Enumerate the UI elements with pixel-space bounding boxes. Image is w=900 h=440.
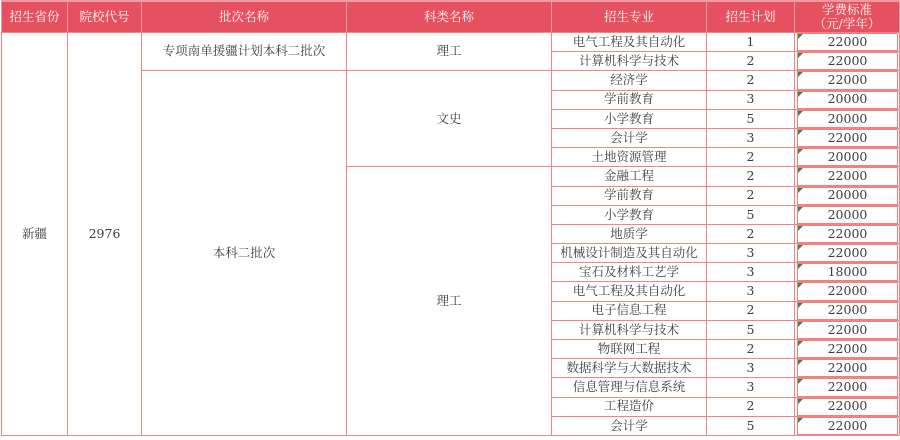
header-fee-line1: 学费标准 bbox=[795, 3, 899, 17]
tuition-cell: 22000 bbox=[795, 301, 900, 320]
header-category: 科类名称 bbox=[347, 1, 552, 33]
tuition-value: 22000 bbox=[828, 228, 868, 241]
category-cell: 文史 bbox=[347, 71, 552, 167]
major-cell: 会计学 bbox=[552, 416, 707, 435]
major-cell: 经济学 bbox=[552, 71, 707, 90]
plan-cell: 2 bbox=[707, 52, 795, 71]
header-major: 招生专业 bbox=[552, 1, 707, 33]
tuition-cell: 22000 bbox=[795, 340, 900, 359]
plan-cell: 3 bbox=[707, 263, 795, 282]
plan-cell: 3 bbox=[707, 378, 795, 397]
tuition-cell: 18000 bbox=[795, 263, 900, 282]
tuition-cell-box: 22000 bbox=[797, 33, 898, 51]
major-cell: 电气工程及其自动化 bbox=[552, 33, 707, 52]
tuition-cell-box: 20000 bbox=[797, 148, 898, 166]
tuition-value: 20000 bbox=[828, 189, 868, 202]
tuition-cell: 20000 bbox=[795, 148, 900, 167]
tuition-value: 18000 bbox=[828, 266, 868, 279]
tuition-cell-box: 22000 bbox=[797, 321, 898, 339]
tuition-cell-box: 22000 bbox=[797, 244, 898, 262]
major-cell: 机械设计制造及其自动化 bbox=[552, 244, 707, 263]
green-corner-triangle-icon bbox=[798, 188, 803, 193]
tuition-value: 22000 bbox=[828, 170, 868, 183]
tuition-cell: 22000 bbox=[795, 282, 900, 301]
tuition-cell-box: 20000 bbox=[797, 91, 898, 109]
tuition-value: 22000 bbox=[828, 285, 868, 298]
tuition-value: 22000 bbox=[828, 381, 868, 394]
tuition-cell-box: 22000 bbox=[797, 302, 898, 320]
green-corner-triangle-icon bbox=[798, 418, 803, 423]
plan-cell: 5 bbox=[707, 109, 795, 128]
tuition-value: 22000 bbox=[828, 132, 868, 145]
table-header: 招生省份 院校代号 批次名称 科类名称 招生专业 招生计划 学费标准 （元/学年… bbox=[2, 1, 900, 33]
green-corner-triangle-icon bbox=[798, 264, 803, 269]
major-cell: 小学教育 bbox=[552, 109, 707, 128]
tuition-value: 20000 bbox=[828, 209, 868, 222]
green-corner-triangle-icon bbox=[798, 207, 803, 212]
plan-cell: 3 bbox=[707, 128, 795, 147]
green-corner-triangle-icon bbox=[798, 303, 803, 308]
tuition-value: 20000 bbox=[828, 151, 868, 164]
tuition-cell-box: 22000 bbox=[797, 417, 898, 435]
major-cell: 电子信息工程 bbox=[552, 301, 707, 320]
batch-cell: 本科二批次 bbox=[142, 71, 347, 436]
major-cell: 计算机科学与技术 bbox=[552, 52, 707, 71]
green-corner-triangle-icon bbox=[798, 322, 803, 327]
major-cell: 信息管理与信息系统 bbox=[552, 378, 707, 397]
table-body: 新疆2976专项南单援疆计划本科二批次理工电气工程及其自动化122000计算机科… bbox=[2, 33, 900, 436]
tuition-value: 22000 bbox=[828, 304, 868, 317]
tuition-cell-box: 22000 bbox=[797, 225, 898, 243]
tuition-cell: 22000 bbox=[795, 167, 900, 186]
major-cell: 会计学 bbox=[552, 128, 707, 147]
tuition-value: 22000 bbox=[828, 247, 868, 260]
tuition-cell: 22000 bbox=[795, 128, 900, 147]
tuition-value: 22000 bbox=[828, 400, 868, 413]
plan-cell: 2 bbox=[707, 167, 795, 186]
plan-cell: 2 bbox=[707, 186, 795, 205]
tuition-cell: 22000 bbox=[795, 397, 900, 416]
tuition-cell: 22000 bbox=[795, 224, 900, 243]
admissions-table-page: 招生省份 院校代号 批次名称 科类名称 招生专业 招生计划 学费标准 （元/学年… bbox=[0, 0, 900, 440]
major-cell: 地质学 bbox=[552, 224, 707, 243]
tuition-value: 22000 bbox=[828, 420, 868, 433]
tuition-value: 20000 bbox=[828, 113, 868, 126]
tuition-cell: 22000 bbox=[795, 33, 900, 52]
tuition-cell-box: 22000 bbox=[797, 282, 898, 300]
tuition-value: 22000 bbox=[828, 343, 868, 356]
plan-cell: 3 bbox=[707, 359, 795, 378]
green-corner-triangle-icon bbox=[798, 34, 803, 39]
green-corner-triangle-icon bbox=[798, 168, 803, 173]
tuition-cell: 22000 bbox=[795, 359, 900, 378]
header-fee: 学费标准 （元/学年） bbox=[795, 1, 900, 33]
category-cell: 理工 bbox=[347, 33, 552, 71]
tuition-value: 22000 bbox=[828, 324, 868, 337]
tuition-cell-box: 22000 bbox=[797, 378, 898, 396]
tuition-value: 22000 bbox=[828, 36, 868, 49]
green-corner-triangle-icon bbox=[798, 72, 803, 77]
plan-cell: 2 bbox=[707, 397, 795, 416]
major-cell: 土地资源管理 bbox=[552, 148, 707, 167]
tuition-cell-box: 22000 bbox=[797, 340, 898, 358]
tuition-cell-box: 18000 bbox=[797, 263, 898, 281]
tuition-cell: 22000 bbox=[795, 320, 900, 339]
plan-cell: 2 bbox=[707, 301, 795, 320]
green-corner-triangle-icon bbox=[798, 226, 803, 231]
green-corner-triangle-icon bbox=[798, 379, 803, 384]
green-corner-triangle-icon bbox=[798, 245, 803, 250]
header-province: 招生省份 bbox=[2, 1, 68, 33]
tuition-cell: 22000 bbox=[795, 244, 900, 263]
header-row: 招生省份 院校代号 批次名称 科类名称 招生专业 招生计划 学费标准 （元/学年… bbox=[2, 1, 900, 33]
major-cell: 物联网工程 bbox=[552, 340, 707, 359]
green-corner-triangle-icon bbox=[798, 149, 803, 154]
header-fee-line2: （元/学年） bbox=[795, 17, 899, 31]
tuition-cell-box: 20000 bbox=[797, 206, 898, 224]
tuition-cell: 22000 bbox=[795, 52, 900, 71]
code-cell: 2976 bbox=[68, 33, 142, 436]
major-cell: 电气工程及其自动化 bbox=[552, 282, 707, 301]
tuition-value: 20000 bbox=[828, 93, 868, 106]
plan-cell: 2 bbox=[707, 71, 795, 90]
plan-cell: 2 bbox=[707, 340, 795, 359]
province-cell: 新疆 bbox=[2, 33, 68, 436]
tuition-cell-box: 22000 bbox=[797, 167, 898, 185]
green-corner-triangle-icon bbox=[798, 111, 803, 116]
green-corner-triangle-icon bbox=[798, 283, 803, 288]
header-plan: 招生计划 bbox=[707, 1, 795, 33]
tuition-value: 22000 bbox=[828, 55, 868, 68]
tuition-cell-box: 22000 bbox=[797, 52, 898, 70]
tuition-cell: 22000 bbox=[795, 378, 900, 397]
tuition-cell: 20000 bbox=[795, 109, 900, 128]
tuition-cell-box: 22000 bbox=[797, 129, 898, 147]
green-corner-triangle-icon bbox=[798, 360, 803, 365]
admissions-plan-table: 招生省份 院校代号 批次名称 科类名称 招生专业 招生计划 学费标准 （元/学年… bbox=[1, 0, 900, 436]
major-cell: 金融工程 bbox=[552, 167, 707, 186]
major-cell: 工程造价 bbox=[552, 397, 707, 416]
plan-cell: 5 bbox=[707, 205, 795, 224]
tuition-cell-box: 22000 bbox=[797, 359, 898, 377]
category-cell: 理工 bbox=[347, 167, 552, 436]
major-cell: 学前教育 bbox=[552, 186, 707, 205]
green-corner-triangle-icon bbox=[798, 53, 803, 58]
batch-cell: 专项南单援疆计划本科二批次 bbox=[142, 33, 347, 71]
tuition-cell-box: 20000 bbox=[797, 110, 898, 128]
major-cell: 宝石及材料工艺学 bbox=[552, 263, 707, 282]
tuition-value: 22000 bbox=[828, 362, 868, 375]
tuition-cell-box: 20000 bbox=[797, 187, 898, 205]
header-batch: 批次名称 bbox=[142, 1, 347, 33]
tuition-cell: 22000 bbox=[795, 71, 900, 90]
green-corner-triangle-icon bbox=[798, 130, 803, 135]
plan-cell: 2 bbox=[707, 224, 795, 243]
tuition-cell: 20000 bbox=[795, 205, 900, 224]
green-corner-triangle-icon bbox=[798, 92, 803, 97]
major-cell: 小学教育 bbox=[552, 205, 707, 224]
tuition-cell: 20000 bbox=[795, 186, 900, 205]
major-cell: 数据科学与大数据技术 bbox=[552, 359, 707, 378]
tuition-value: 22000 bbox=[828, 74, 868, 87]
tuition-cell: 20000 bbox=[795, 90, 900, 109]
plan-cell: 2 bbox=[707, 148, 795, 167]
plan-cell: 5 bbox=[707, 320, 795, 339]
green-corner-triangle-icon bbox=[798, 341, 803, 346]
green-corner-triangle-icon bbox=[798, 399, 803, 404]
table-row: 新疆2976专项南单援疆计划本科二批次理工电气工程及其自动化122000 bbox=[2, 33, 900, 52]
plan-cell: 3 bbox=[707, 282, 795, 301]
major-cell: 学前教育 bbox=[552, 90, 707, 109]
tuition-cell-box: 22000 bbox=[797, 71, 898, 89]
tuition-cell-box: 22000 bbox=[797, 398, 898, 416]
tuition-cell: 22000 bbox=[795, 416, 900, 435]
plan-cell: 3 bbox=[707, 90, 795, 109]
major-cell: 计算机科学与技术 bbox=[552, 320, 707, 339]
plan-cell: 1 bbox=[707, 33, 795, 52]
plan-cell: 5 bbox=[707, 416, 795, 435]
plan-cell: 3 bbox=[707, 244, 795, 263]
header-school-code: 院校代号 bbox=[68, 1, 142, 33]
